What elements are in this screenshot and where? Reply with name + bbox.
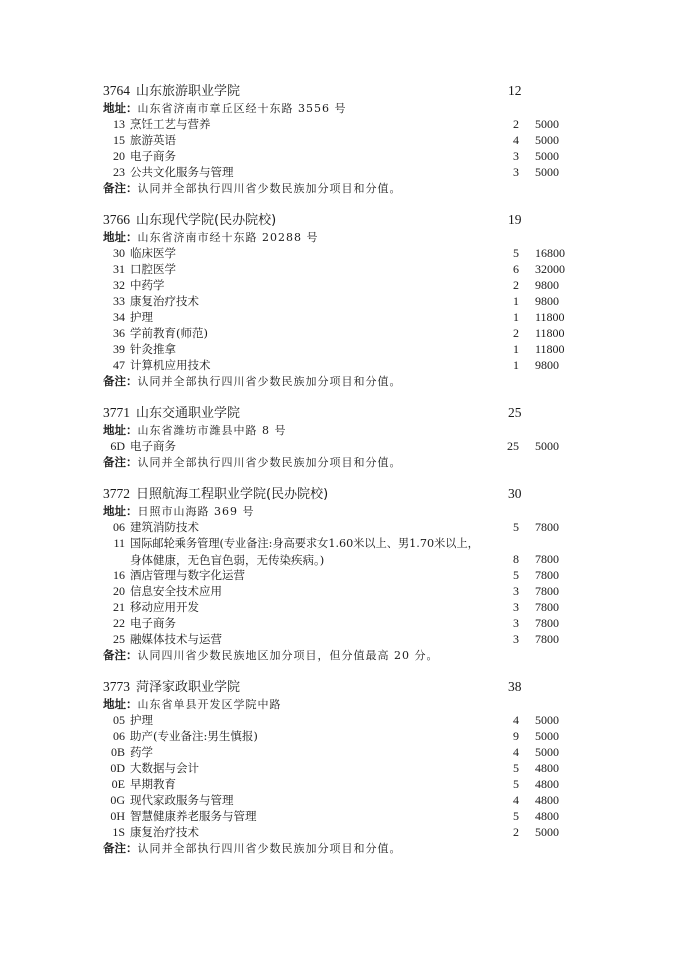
school-block-3772: 3772日照航海工程职业学院(民办院校) 30 地址：日照市山海路 369 号 … (103, 485, 603, 663)
major-quota: 3 (501, 164, 519, 180)
major-fee: 4800 (535, 808, 559, 824)
major-fee: 9800 (535, 357, 559, 373)
major-fee: 5000 (535, 438, 559, 454)
school-block-3764: 3764山东旅游职业学院 12 地址：山东省济南市章丘区经十东路 3556 号 … (103, 82, 603, 196)
school-total-quota: 30 (508, 485, 522, 503)
major-name: 电子商务 (130, 149, 176, 163)
major-name: 学前教育(师范) (130, 326, 208, 340)
major-code: 30 (103, 245, 125, 261)
major-code: 32 (103, 277, 125, 293)
major-name: 护理 (130, 310, 153, 324)
address-label: 地址： (103, 101, 138, 115)
major-name: 药学 (130, 745, 153, 759)
school-heading: 3772日照航海工程职业学院(民办院校) 30 (103, 485, 603, 503)
major-quota: 3 (501, 599, 519, 615)
major-row: 39针灸推拿111800 (103, 341, 603, 357)
major-code: 47 (103, 357, 125, 373)
major-code: 0B (103, 744, 125, 760)
major-quota: 5 (501, 567, 519, 583)
school-total-quota: 12 (508, 82, 522, 100)
major-code: 1S (103, 824, 125, 840)
major-fee: 7800 (535, 519, 559, 535)
major-quota: 5 (501, 245, 519, 261)
school-note: 备注：认同四川省少数民族地区加分项目，但分值最高 20 分。 (103, 647, 603, 663)
address-label: 地址： (103, 504, 138, 518)
school-heading: 3764山东旅游职业学院 12 (103, 82, 603, 100)
major-fee: 5000 (535, 132, 559, 148)
major-fee: 7800 (535, 599, 559, 615)
major-code: 0G (103, 792, 125, 808)
note-label: 备注： (103, 374, 138, 388)
major-name: 护理 (130, 713, 153, 727)
major-row: 1S康复治疗技术25000 (103, 824, 603, 840)
major-row: 0B药学45000 (103, 744, 603, 760)
major-row: 33康复治疗技术19800 (103, 293, 603, 309)
major-fee: 9800 (535, 293, 559, 309)
school-address: 地址：日照市山海路 369 号 (103, 503, 603, 519)
major-fee: 11800 (535, 341, 565, 357)
major-name: 建筑消防技术 (130, 520, 199, 534)
major-quota: 3 (501, 148, 519, 164)
document-page: 3764山东旅游职业学院 12 地址：山东省济南市章丘区经十东路 3556 号 … (103, 82, 603, 871)
major-fee: 11800 (535, 325, 565, 341)
major-row: 05护理45000 (103, 712, 603, 728)
major-name: 旅游英语 (130, 133, 176, 147)
major-code: 20 (103, 583, 125, 599)
major-name: 助产(专业备注:男生慎报) (130, 729, 258, 743)
school-total-quota: 19 (508, 211, 522, 229)
major-name: 移动应用开发 (130, 600, 199, 614)
school-name: 日照航海工程职业学院(民办院校) (136, 487, 328, 502)
school-address: 地址：山东省济南市章丘区经十东路 3556 号 (103, 100, 603, 116)
note-value: 认同并全部执行四川省少数民族加分项目和分值。 (138, 375, 402, 388)
major-quota: 4 (501, 744, 519, 760)
major-fee: 5000 (535, 116, 559, 132)
major-name: 口腔医学 (130, 262, 176, 276)
school-code: 3766 (103, 212, 130, 227)
school-name: 山东旅游职业学院 (136, 84, 240, 99)
major-fee: 4800 (535, 792, 559, 808)
address-value: 山东省潍坊市潍县中路 8 号 (138, 424, 287, 437)
major-row: 06建筑消防技术57800 (103, 519, 603, 535)
school-heading: 3771山东交通职业学院 25 (103, 404, 603, 422)
major-name: 酒店管理与数字化运营 (130, 568, 245, 582)
major-quota: 5 (501, 808, 519, 824)
school-address: 地址：山东省单县开发区学院中路 (103, 696, 603, 712)
major-row: 25融媒体技术与运营37800 (103, 631, 603, 647)
major-code: 23 (103, 164, 125, 180)
major-quota: 1 (501, 341, 519, 357)
school-code: 3771 (103, 405, 130, 420)
major-name: 大数据与会计 (130, 761, 199, 775)
school-heading: 3766山东现代学院(民办院校) 19 (103, 211, 603, 229)
major-row: 32中药学29800 (103, 277, 603, 293)
major-code: 34 (103, 309, 125, 325)
major-name: 计算机应用技术 (130, 358, 211, 372)
major-quota: 8 (501, 551, 519, 567)
school-code: 3764 (103, 83, 130, 98)
major-row: 21移动应用开发37800 (103, 599, 603, 615)
major-fee: 32000 (535, 261, 565, 277)
major-code: 25 (103, 631, 125, 647)
major-name: 现代家政服务与管理 (130, 793, 234, 807)
major-code: 22 (103, 615, 125, 631)
major-row: 0G现代家政服务与管理44800 (103, 792, 603, 808)
address-label: 地址： (103, 697, 138, 711)
major-quota: 9 (501, 728, 519, 744)
major-quota: 4 (501, 712, 519, 728)
school-total-quota: 38 (508, 678, 522, 696)
major-name: 早期教育 (130, 777, 176, 791)
note-value: 认同并全部执行四川省少数民族加分项目和分值。 (138, 456, 402, 469)
major-quota: 2 (501, 277, 519, 293)
note-label: 备注： (103, 455, 138, 469)
major-fee: 7800 (535, 567, 559, 583)
major-name: 智慧健康养老服务与管理 (130, 809, 257, 823)
address-value: 山东省济南市经十东路 20288 号 (138, 231, 319, 244)
address-label: 地址： (103, 423, 138, 437)
major-quota: 2 (501, 116, 519, 132)
school-address: 地址：山东省济南市经十东路 20288 号 (103, 229, 603, 245)
school-total-quota: 25 (508, 404, 522, 422)
school-block-3773: 3773菏泽家政职业学院 38 地址：山东省单县开发区学院中路 05护理4500… (103, 678, 603, 856)
address-label: 地址： (103, 230, 138, 244)
school-code: 3772 (103, 486, 130, 501)
note-value: 认同并全部执行四川省少数民族加分项目和分值。 (138, 182, 402, 195)
major-quota: 5 (501, 519, 519, 535)
major-fee: 5000 (535, 824, 559, 840)
major-code: 05 (103, 712, 125, 728)
major-row: 0D大数据与会计54800 (103, 760, 603, 776)
major-quota: 6 (501, 261, 519, 277)
major-code: 06 (103, 728, 125, 744)
school-code: 3773 (103, 679, 130, 694)
major-name: 电子商务 (130, 439, 176, 453)
note-value: 认同并全部执行四川省少数民族加分项目和分值。 (138, 842, 402, 855)
major-row: 20电子商务35000 (103, 148, 603, 164)
major-quota: 3 (501, 631, 519, 647)
major-fee: 16800 (535, 245, 565, 261)
major-code: 13 (103, 116, 125, 132)
major-fee: 4800 (535, 776, 559, 792)
major-row: 15旅游英语45000 (103, 132, 603, 148)
major-code: 0D (103, 760, 125, 776)
school-block-3766: 3766山东现代学院(民办院校) 19 地址：山东省济南市经十东路 20288 … (103, 211, 603, 389)
major-row: 16酒店管理与数字化运营57800 (103, 567, 603, 583)
note-label: 备注： (103, 648, 138, 662)
major-quota: 5 (501, 776, 519, 792)
major-fee: 4800 (535, 760, 559, 776)
major-quota: 2 (501, 824, 519, 840)
note-label: 备注： (103, 841, 138, 855)
major-name-continued: 身体健康，无色盲色弱，无传染疾病。) (103, 552, 603, 568)
major-row: 13烹饪工艺与营养25000 (103, 116, 603, 132)
major-name: 康复治疗技术 (130, 825, 199, 839)
school-block-3771: 3771山东交通职业学院 25 地址：山东省潍坊市潍县中路 8 号 6D电子商务… (103, 404, 603, 470)
school-address: 地址：山东省潍坊市潍县中路 8 号 (103, 422, 603, 438)
note-value: 认同四川省少数民族地区加分项目，但分值最高 20 分。 (138, 649, 439, 662)
major-name: 烹饪工艺与营养 (130, 117, 211, 131)
major-name: 国际邮轮乘务管理(专业备注:身高要求女1.60米以上、男1.70米以上， (130, 537, 479, 550)
major-fee: 5000 (535, 728, 559, 744)
major-row: 06助产(专业备注:男生慎报)95000 (103, 728, 603, 744)
major-row: 23公共文化服务与管理35000 (103, 164, 603, 180)
major-fee: 11800 (535, 309, 565, 325)
major-row: 20信息安全技术应用37800 (103, 583, 603, 599)
school-name: 菏泽家政职业学院 (136, 680, 240, 695)
major-quota: 2 (501, 325, 519, 341)
major-name: 中药学 (130, 278, 165, 292)
major-row: 31口腔医学632000 (103, 261, 603, 277)
major-name: 融媒体技术与运营 (130, 632, 222, 646)
major-quota: 4 (501, 792, 519, 808)
major-fee: 5000 (535, 712, 559, 728)
major-code: 6D (103, 438, 125, 454)
major-row: 6D电子商务255000 (103, 438, 603, 454)
major-name: 信息安全技术应用 (130, 584, 222, 598)
address-value: 山东省单县开发区学院中路 (138, 698, 282, 711)
major-row: 36学前教育(师范)211800 (103, 325, 603, 341)
major-fee: 7800 (535, 583, 559, 599)
major-fee: 7800 (535, 631, 559, 647)
major-code: 39 (103, 341, 125, 357)
major-row: 30临床医学516800 (103, 245, 603, 261)
major-code: 0E (103, 776, 125, 792)
note-label: 备注： (103, 181, 138, 195)
major-fee: 5000 (535, 744, 559, 760)
major-code: 36 (103, 325, 125, 341)
major-name: 康复治疗技术 (130, 294, 199, 308)
major-code: 31 (103, 261, 125, 277)
major-row: 47计算机应用技术19800 (103, 357, 603, 373)
major-fee: 9800 (535, 277, 559, 293)
school-note: 备注：认同并全部执行四川省少数民族加分项目和分值。 (103, 180, 603, 196)
school-note: 备注：认同并全部执行四川省少数民族加分项目和分值。 (103, 373, 603, 389)
major-code: 15 (103, 132, 125, 148)
major-fee: 7800 (535, 615, 559, 631)
major-code: 20 (103, 148, 125, 164)
major-quota: 3 (501, 615, 519, 631)
major-code: 06 (103, 519, 125, 535)
major-fee: 5000 (535, 164, 559, 180)
major-quota: 5 (501, 760, 519, 776)
school-note: 备注：认同并全部执行四川省少数民族加分项目和分值。 (103, 454, 603, 470)
major-quota: 3 (501, 583, 519, 599)
major-fee: 5000 (535, 148, 559, 164)
major-row: 22电子商务37800 (103, 615, 603, 631)
major-row: 11国际邮轮乘务管理(专业备注:身高要求女1.60米以上、男1.70米以上，身体… (103, 535, 603, 567)
major-row: 0E早期教育54800 (103, 776, 603, 792)
major-row: 0H智慧健康养老服务与管理54800 (103, 808, 603, 824)
major-quota: 25 (501, 438, 519, 454)
major-code: 11 (103, 535, 125, 551)
school-heading: 3773菏泽家政职业学院 38 (103, 678, 603, 696)
major-quota: 1 (501, 293, 519, 309)
major-name: 公共文化服务与管理 (130, 165, 234, 179)
major-code: 0H (103, 808, 125, 824)
major-name: 临床医学 (130, 246, 176, 260)
major-name: 电子商务 (130, 616, 176, 630)
major-code: 33 (103, 293, 125, 309)
school-name: 山东交通职业学院 (136, 406, 240, 421)
address-value: 日照市山海路 369 号 (138, 505, 255, 518)
major-name: 针灸推拿 (130, 342, 176, 356)
school-note: 备注：认同并全部执行四川省少数民族加分项目和分值。 (103, 840, 603, 856)
address-value: 山东省济南市章丘区经十东路 3556 号 (138, 102, 347, 115)
major-row: 34护理111800 (103, 309, 603, 325)
major-fee: 7800 (535, 551, 559, 567)
major-code: 21 (103, 599, 125, 615)
school-name: 山东现代学院(民办院校) (136, 213, 276, 228)
major-quota: 1 (501, 309, 519, 325)
major-quota: 4 (501, 132, 519, 148)
major-quota: 1 (501, 357, 519, 373)
major-code: 16 (103, 567, 125, 583)
